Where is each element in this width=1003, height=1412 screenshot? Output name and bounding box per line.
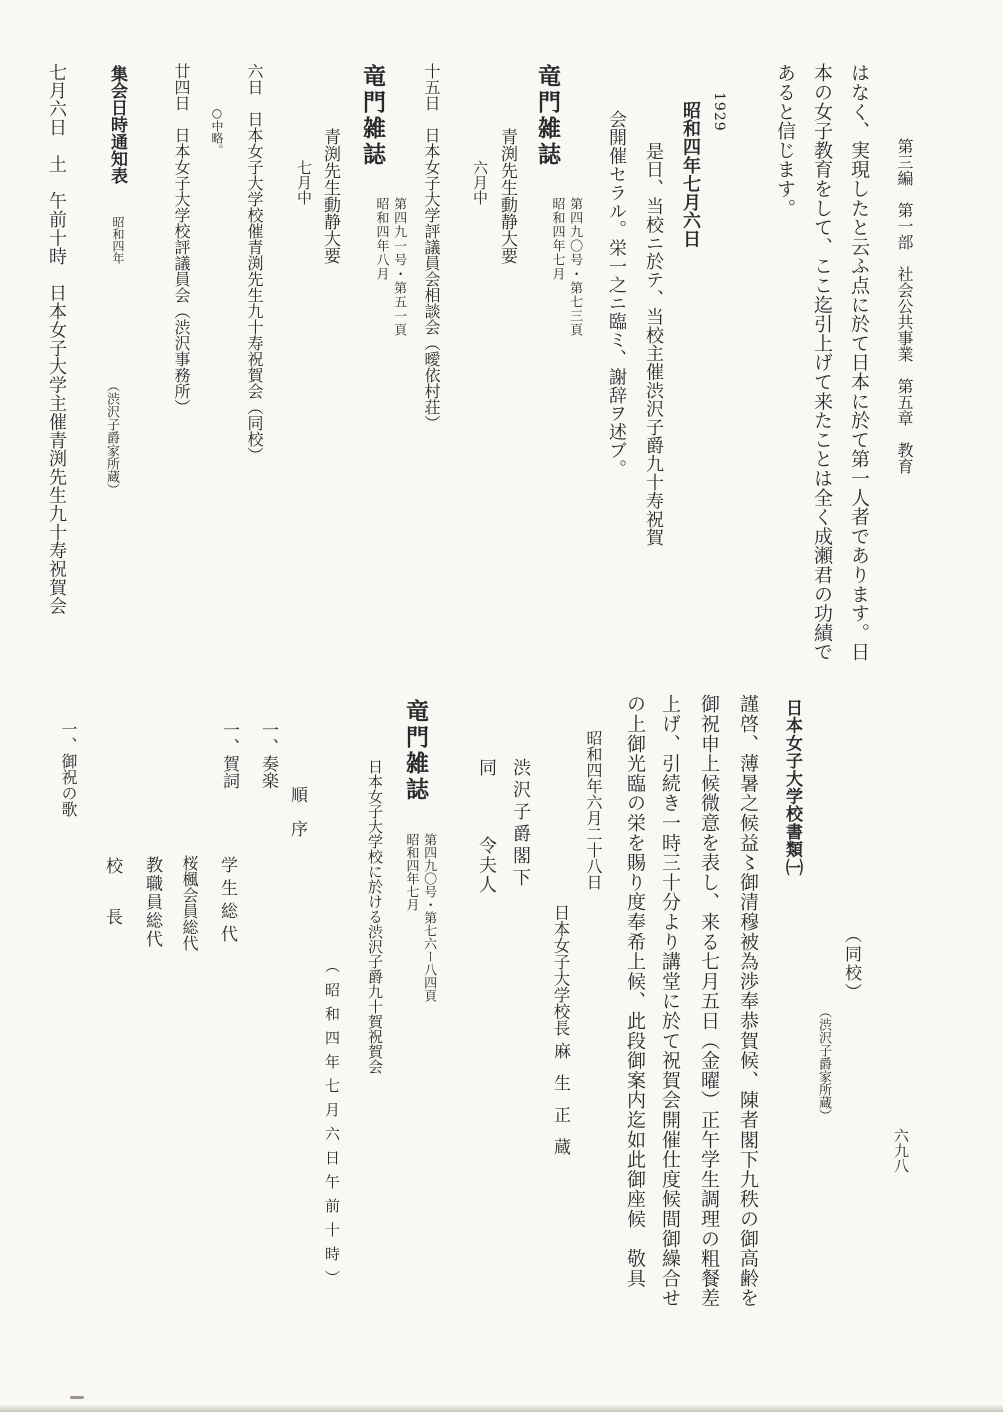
entry-jul6: 六日 日本女子大学校催青渕先生九十寿祝賀会（同校） xyxy=(246,63,262,463)
article-datetime: （昭和四年七月六日午前十時） xyxy=(324,958,339,1294)
diary-date-heading: 昭和四年七月六日 xyxy=(681,101,699,248)
magazine-title-2: 竜門雑誌 xyxy=(361,64,384,168)
diary-year-western: 1929 xyxy=(712,92,726,132)
magazine-issue-date-2: 昭和四年八月 xyxy=(374,197,389,281)
magazine-citation-1: 第四九〇号・第七三頁昭和四年七月 xyxy=(548,197,583,337)
letter-signature: 日本女子大学校長麻生正蔵 xyxy=(551,904,568,1170)
documents-provenance: （渋沢子爵家所蔵） xyxy=(817,1005,830,1122)
notice-year: 昭和四年 xyxy=(112,216,124,264)
magazine-citation-3: 第四九〇号・第七六ー八四頁昭和四年七月 xyxy=(402,833,437,1002)
program-item-music: 一、奏楽 xyxy=(259,721,276,789)
intro-line-3: あると信じます。 xyxy=(775,63,794,217)
program-item-congrats: 一、賀詞 xyxy=(220,721,237,789)
letter-line-1: 謹啓、薄暑之候益〻御清穆被為渉奉恭賀候、陳者閣下九秩の御高齢を xyxy=(738,694,757,1308)
scanned-book-page: 第三編 第一部 社会公共事業 第五章 教育 はなく、実現したと云ふ点に於て日本に… xyxy=(0,0,1003,1412)
letter-date: 昭和四年六月二十八日 xyxy=(585,730,601,890)
recipient-shibusawa: 渋沢子爵閣下 xyxy=(511,758,529,890)
magazine-issue-2: 第四九一号・第五一頁 xyxy=(391,197,406,337)
magazine-issue-3: 第四九〇号・第七六ー八四頁 xyxy=(421,833,436,1002)
intro-line-2: 本の女子教育をして、ここ迄引上げて来たことは全く成瀬君の功績で xyxy=(812,63,831,661)
letter-line-2: 御祝申上候微意を表し、来る七月五日（金曜）正午学生調理の粗餐差 xyxy=(699,694,718,1308)
column-title-1: 青渕先生動静大要 xyxy=(498,128,515,264)
presenter-principal: 校 長 xyxy=(103,857,120,925)
magazine-citation-2: 第四九一号・第五一頁昭和四年八月 xyxy=(372,197,407,337)
column-title-2: 青渕先生動静大要 xyxy=(321,128,338,264)
page-number: 六九八 xyxy=(893,1128,908,1173)
article-title: 日本女子大学校に於ける渋沢子爵九十賀祝賀会 xyxy=(367,759,382,1074)
magazine-title-3: 竜門雑誌 xyxy=(404,699,427,803)
diary-line-1: 是日、当校ニ於テ、当校主催渋沢子爵九十寿祝賀 xyxy=(644,142,662,547)
magazine-issue-date-3: 昭和四年七月 xyxy=(404,833,419,911)
sender-name: 麻生正蔵 xyxy=(550,1042,570,1170)
magazine-issue-date-1: 昭和四年七月 xyxy=(550,197,565,281)
notice-provenance: （渋沢子爵家所蔵） xyxy=(105,379,118,496)
program-heading: 順 序 xyxy=(288,786,305,837)
recipient-wife: 同 令夫人 xyxy=(477,758,495,895)
omission-note: ○中略。 xyxy=(211,106,223,156)
sender-title: 日本女子大学校長 xyxy=(551,904,570,1036)
program-item-song: 一、御祝の歌 xyxy=(60,721,76,817)
page-bottom-edge xyxy=(0,1404,1003,1412)
presenter-staff: 教職員総代 xyxy=(143,856,160,949)
month-label-1: 六月中 xyxy=(472,160,487,205)
magazine-title-1: 竜門雑誌 xyxy=(536,64,559,168)
notice-title: 集会日時通知表 xyxy=(108,65,125,184)
diary-line-2: 会開催セラル。栄一之ニ臨ミ、謝辞ヲ述ブ。 xyxy=(607,110,625,478)
intro-line-1: はなく、実現したと云ふ点に於て日本に於て第一人者であります。日 xyxy=(849,63,868,661)
documents-title: 日本女子大学校書類㈠ xyxy=(783,699,800,876)
letter-line-4: の上御光臨の栄を賜り度奉希上候、此段御案内迄如此御座候 敬具 xyxy=(625,694,644,1288)
notice-entry: 七月六日 土 午前十時 日本女子大学主催青渕先生九十寿祝賀会 xyxy=(47,63,65,615)
notice-entry-continuation: （同校） xyxy=(842,926,859,1002)
running-head: 第三編 第一部 社会公共事業 第五章 教育 xyxy=(896,138,912,474)
magazine-issue-1: 第四九〇号・第七三頁 xyxy=(567,197,582,337)
entry-jul24: 廿四日 日本女子大学校評議員会（渋沢事務所） xyxy=(173,63,189,415)
entry-jun15: 十五日 日本女子大学評議員会相談会（曖依村荘） xyxy=(423,63,439,431)
month-label-2: 七月中 xyxy=(296,160,311,205)
letter-line-3: 上げ、引続き一時三十分より講堂に於て祝賀会開催仕度候間御繰合せ xyxy=(660,694,679,1308)
presenter-ofukai: 桜楓会員総代 xyxy=(181,855,197,951)
presenter-students: 学生総代 xyxy=(218,856,235,948)
scan-speck xyxy=(70,1396,84,1399)
